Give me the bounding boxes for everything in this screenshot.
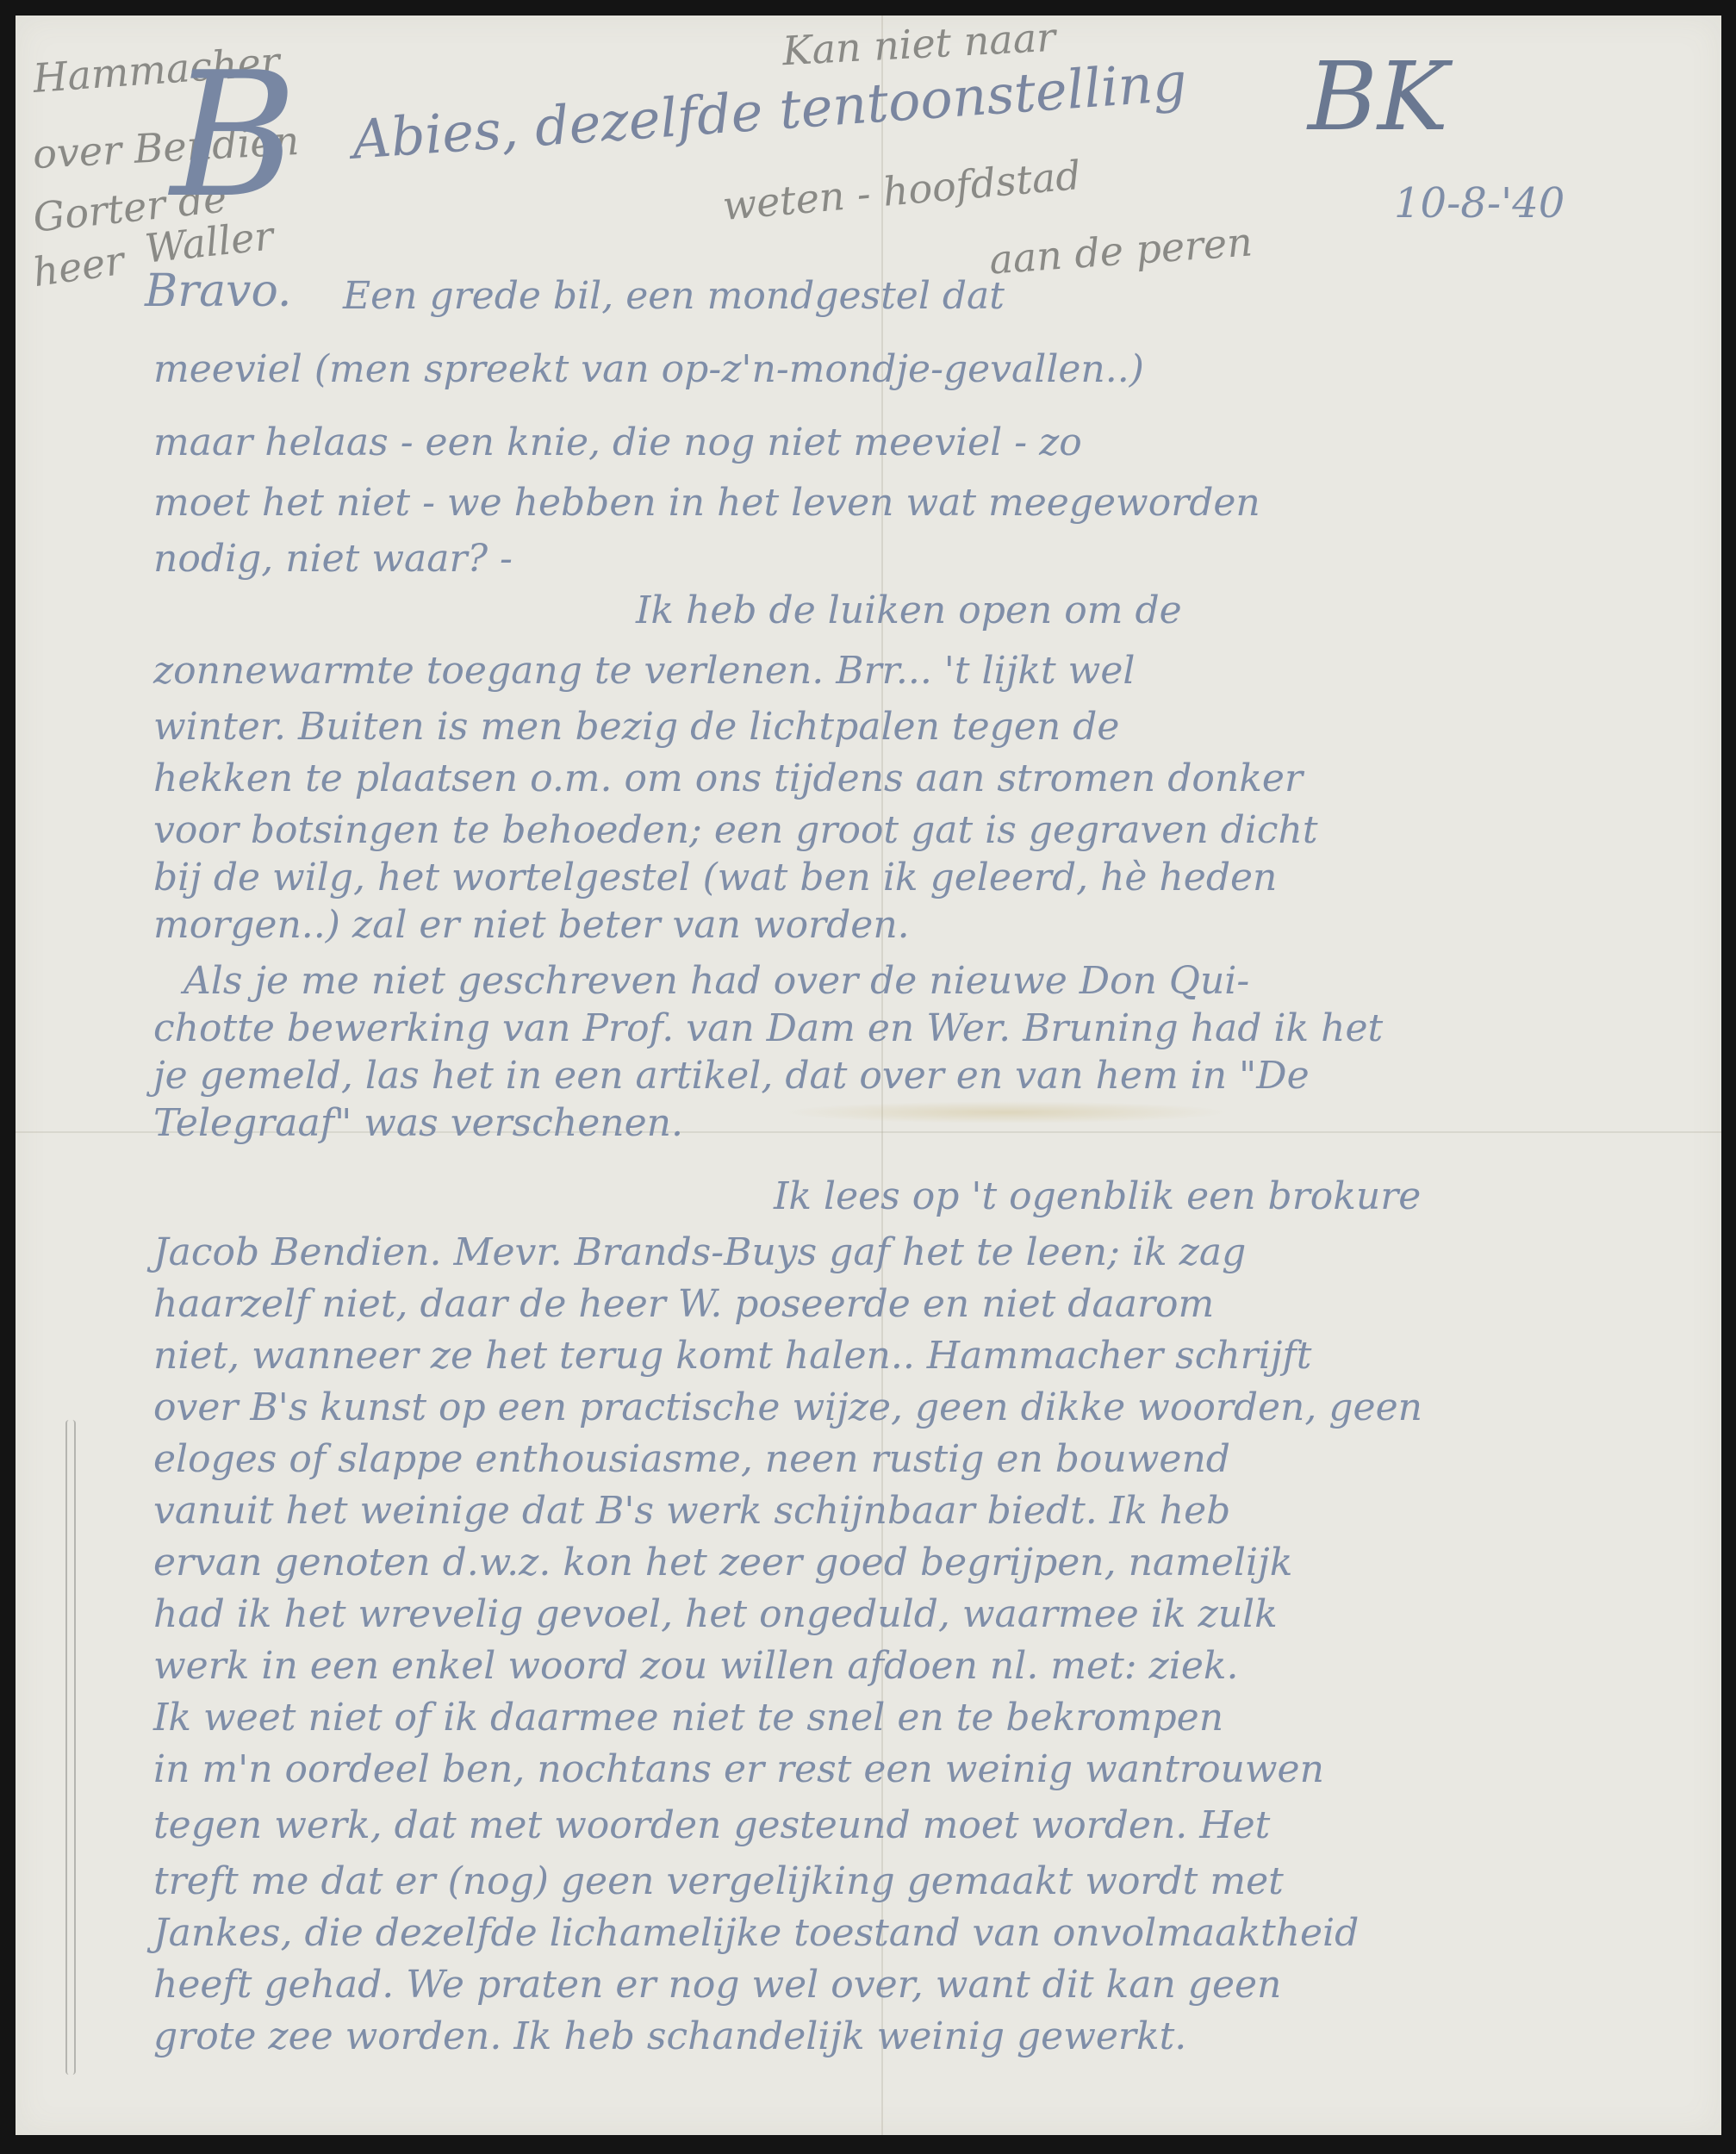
letter-line: bij de wilg, het wortelgestel (wat ben i… xyxy=(153,856,1277,900)
letter-line: vanuit het weinige dat B's werk schijnba… xyxy=(153,1489,1230,1533)
letter-date: 10-8-'40 xyxy=(1394,179,1565,227)
letter-line: tegen werk, dat met woorden gesteund moe… xyxy=(153,1803,1270,1847)
letter-line: hekken te plaatsen o.m. om ons tijdens a… xyxy=(153,756,1303,800)
letter-line: werk in een enkel woord zou willen afdoe… xyxy=(153,1644,1239,1688)
letter-line: Telegraaf" was verschenen. xyxy=(153,1101,683,1145)
letter-line: je gemeld, las het in een artikel, dat o… xyxy=(153,1054,1310,1098)
pencil-note: weten - hoofdstad xyxy=(721,155,1083,226)
letter-line: over B's kunst op een practische wijze, … xyxy=(153,1385,1422,1429)
letter-line: morgen..) zal er niet beter van worden. xyxy=(153,903,910,947)
letter-line: Als je me niet geschreven had over de ni… xyxy=(184,959,1249,1003)
letter-page: Hammacher over Bendien Gorter de heer Wa… xyxy=(16,16,1721,2135)
letter-line: winter. Buiten is men bezig de lichtpale… xyxy=(153,705,1119,749)
letter-line: meeviel (men spreekt van op-z'n-mondje-g… xyxy=(153,347,1144,391)
letter-line: Ik weet niet of ik daarmee niet te snel … xyxy=(153,1696,1223,1740)
letter-line: Jacob Bendien. Mevr. Brands-Buys gaf het… xyxy=(153,1230,1246,1274)
letter-line: eloges of slappe enthousiasme, neen rust… xyxy=(153,1437,1230,1481)
letter-line: Jankes, die dezelfde lichamelijke toesta… xyxy=(153,1911,1359,1955)
header-initial: B xyxy=(171,50,297,222)
salutation: Bravo. xyxy=(145,265,291,317)
letter-line: Een grede bil, een mondgestel dat xyxy=(343,274,1005,318)
pencil-margin-mark xyxy=(65,1420,76,2075)
pencil-note: heer xyxy=(30,240,126,292)
letter-line: Ik heb de luiken open om de xyxy=(636,588,1182,632)
letter-line: treft me dat er (nog) geen vergelijking … xyxy=(153,1859,1284,1903)
letter-line: grote zee worden. Ik heb schandelijk wei… xyxy=(153,2014,1186,2058)
monogram: BK xyxy=(1308,41,1448,152)
letter-line: maar helaas - een knie, die nog niet mee… xyxy=(153,420,1082,464)
letter-line: haarzelf niet, daar de heer W. poseerde … xyxy=(153,1282,1214,1326)
letter-line: in m'n oordeel ben, nochtans er rest een… xyxy=(153,1747,1324,1791)
letter-line: had ik het wrevelig gevoel, het ongeduld… xyxy=(153,1592,1278,1636)
letter-line: ervan genoten d.w.z. kon het zeer goed b… xyxy=(153,1541,1292,1584)
pencil-note: aan de peren xyxy=(988,221,1254,279)
letter-line: chotte bewerking van Prof. van Dam en We… xyxy=(153,1006,1383,1050)
letter-line: voor botsingen te behoeden; een groot ga… xyxy=(153,808,1318,852)
letter-line: niet, wanneer ze het terug komt halen.. … xyxy=(153,1334,1311,1378)
letter-line: Ik lees op 't ogenblik een brokure xyxy=(774,1174,1421,1218)
letter-line: moet het niet - we hebben in het leven w… xyxy=(153,481,1260,525)
pencil-note: Abies, dezelfde tentoonstelling xyxy=(351,55,1188,167)
letter-line: zonnewarmte toegang te verlenen. Brr... … xyxy=(153,649,1135,693)
paper-stain xyxy=(782,1101,1230,1124)
letter-line: heeft gehad. We praten er nog wel over, … xyxy=(153,1963,1281,2007)
letter-line: nodig, niet waar? - xyxy=(153,537,513,581)
